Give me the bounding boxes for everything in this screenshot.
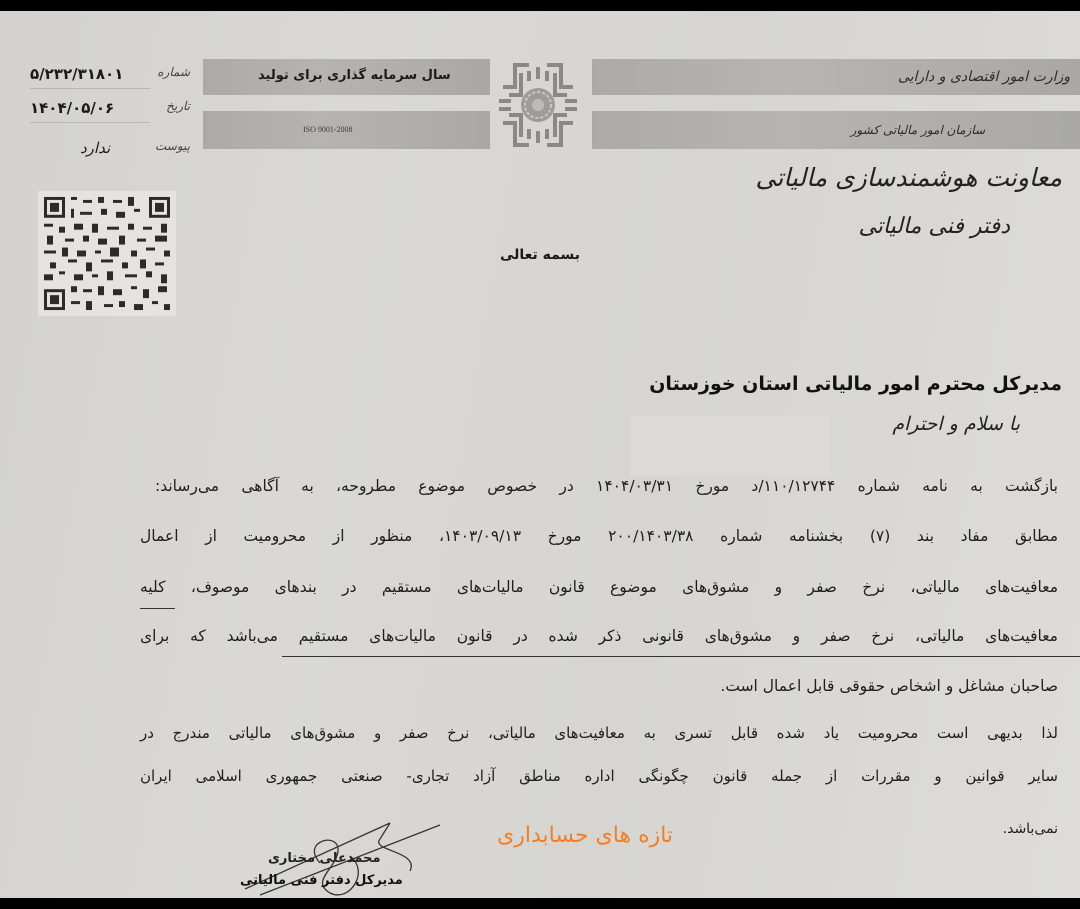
body-line-7: سایر قوانین و مقررات از جمله قانون چگونگ… [140,767,1058,797]
letter-number-row: ۵/۲۳۲/۳۱۸۰۱ شماره [20,65,190,91]
slogan-text: سال سرمایه گذاری برای تولید [258,68,451,83]
letter-attachment-row: ندارد پیوست [20,139,190,165]
letter-page: ۵/۲۳۲/۳۱۸۰۱ شماره ۱۴۰۴/۰۵/۰۶ تاریخ ندارد… [0,11,1080,898]
letter-date-label: تاریخ [166,99,190,113]
iso-text: ISO 9001-2008 [303,125,353,134]
tax-organization-logo-icon [495,57,581,153]
body-line-3: معافیت‌های مالیاتی، نرخ صفر و مشوق‌های م… [140,578,1058,608]
body-line-4: معافیت‌های مالیاتی، نرخ صفر و مشوق‌های ق… [140,627,1058,657]
greeting: با سلام و احترام [892,413,1020,435]
divider [30,88,150,89]
office-title: دفتر فنی مالیاتی [858,214,1010,239]
underline-emphasis [282,656,1080,657]
ministry-text: وزارت امور اقتصادی و دارایی [898,69,1070,85]
body-line-1: بازگشت به نامه شماره ۱۱۰/۱۲۷۴۴/د مورخ ۱۴… [155,477,1058,507]
letter-date-value: ۱۴۰۴/۰۵/۰۶ [30,99,114,117]
divider [30,122,150,123]
bismillah-heading: بسمه تعالی [490,247,590,263]
slogan-bar: سال سرمایه گذاری برای تولید [203,59,490,95]
ministry-bar: وزارت امور اقتصادی و دارایی [592,59,1080,95]
iso-bar: ISO 9001-2008 [203,111,490,149]
letter-number-value: ۵/۲۳۲/۳۱۸۰۱ [30,65,123,83]
body-line-5: صاحبان مشاغل و اشخاص حقوقی قابل اعمال اس… [140,677,1058,707]
watermark-text: تازه های حسابداری [497,823,673,848]
signatory-name: محمدعلی مختاری [268,851,381,866]
letter-date-row: ۱۴۰۴/۰۵/۰۶ تاریخ [20,99,190,125]
organization-bar: سازمان امور مالیاتی کشور [592,111,1080,149]
deputy-title: معاونت هوشمندسازی مالیاتی [756,163,1063,192]
underline-kolleh [140,608,175,609]
signatory-title: مدیرکل دفتر فنی مالیاتی [240,873,403,888]
body-line-6: لذا بدیهی است محرومیت یاد شده قابل تسری … [140,724,1058,754]
letter-number-label: شماره [157,65,190,79]
letter-attachment-label: پیوست [155,139,190,153]
correction-patch [630,416,830,476]
addressee: مدیرکل محترم امور مالیاتی استان خوزستان [649,373,1062,395]
body-line-2: مطابق مفاد بند (۷) بخشنامه شماره ۲۰۰/۱۴۰… [140,527,1058,557]
organization-text: سازمان امور مالیاتی کشور [851,123,985,137]
qr-code [38,191,176,316]
letter-attachment-value: ندارد [80,139,110,157]
